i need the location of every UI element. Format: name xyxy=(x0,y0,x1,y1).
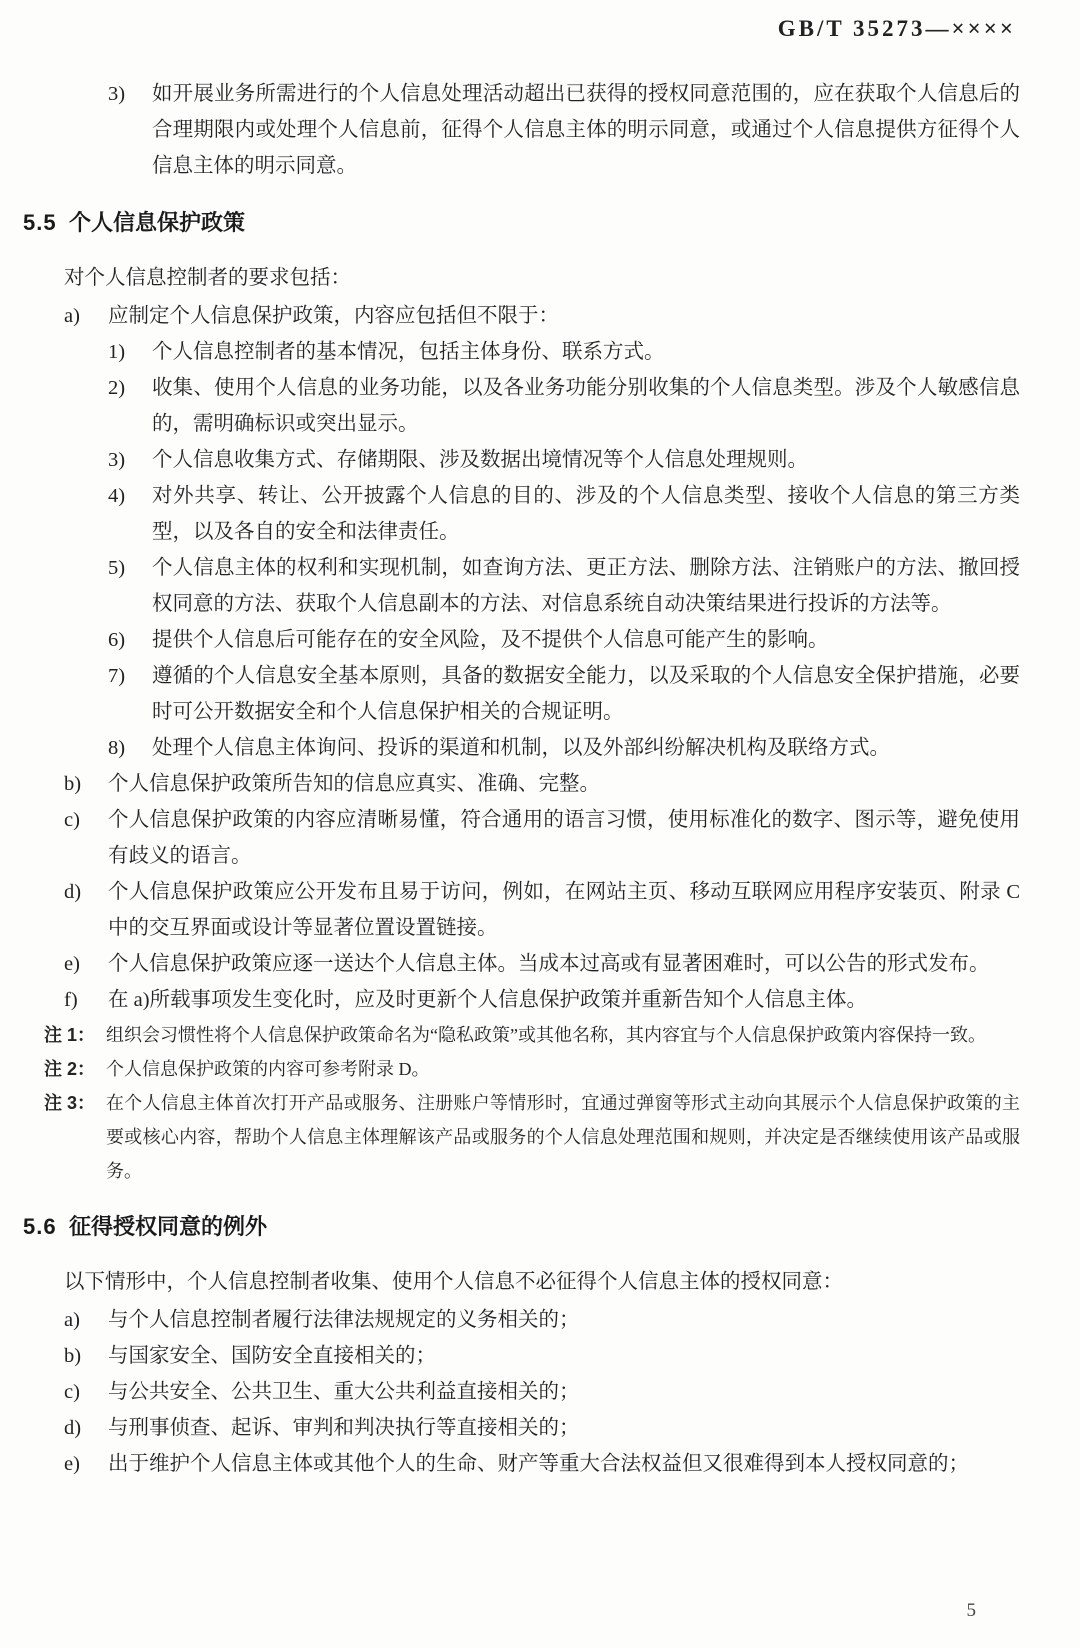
block-text: 与公共安全、公共卫生、重大公共利益直接相关的； xyxy=(108,1374,1020,1410)
block-text: 处理个人信息主体询问、投诉的渠道和机制，以及外部纠纷解决机构及联络方式。 xyxy=(152,730,1020,766)
list-marker: a) xyxy=(64,1302,108,1338)
block-text: 与个人信息控制者履行法律法规规定的义务相关的； xyxy=(108,1302,1020,1338)
block-text: 出于维护个人信息主体或其他个人的生命、财产等重大合法权益但又很难得到本人授权同意… xyxy=(108,1446,1020,1482)
list-marker: b) xyxy=(64,1338,108,1374)
lettered-clause-item: a)应制定个人信息保护政策，内容应包括但不限于： xyxy=(64,298,1020,334)
paragraph: 以下情形中，个人信息控制者收集、使用个人信息不必征得个人信息主体的授权同意： xyxy=(64,1264,1020,1300)
page-number: 5 xyxy=(967,1600,977,1622)
lettered-clause-item: d)与刑事侦查、起诉、审判和判决执行等直接相关的； xyxy=(64,1410,1020,1446)
list-marker: d) xyxy=(64,1410,108,1446)
block-text: 遵循的个人信息安全基本原则，具备的数据安全能力，以及采取的个人信息安全保护措施，… xyxy=(152,658,1020,730)
section-number: 5.5 xyxy=(23,208,69,238)
list-marker: 4) xyxy=(108,478,152,514)
block-text: 对个人信息控制者的要求包括： xyxy=(64,260,1020,296)
section-heading: 5.6征得授权同意的例外 xyxy=(23,1212,1020,1242)
block-text: 收集、使用个人信息的业务功能，以及各业务功能分别收集的个人信息类型。涉及个人敏感… xyxy=(152,370,1020,442)
block-text: 个人信息保护政策的内容可参考附录 D。 xyxy=(106,1052,1020,1086)
block-text: 个人信息保护政策的内容应清晰易懂，符合通用的语言习惯，使用标准化的数字、图示等，… xyxy=(108,802,1020,874)
block-text: 提供个人信息后可能存在的安全风险，及不提供个人信息可能产生的影响。 xyxy=(152,622,1020,658)
block-text: 在 a)所载事项发生变化时，应及时更新个人信息保护政策并重新告知个人信息主体。 xyxy=(108,982,1020,1018)
lettered-clause-item: e)个人信息保护政策应逐一送达个人信息主体。当成本过高或有显著困难时，可以公告的… xyxy=(64,946,1020,982)
list-marker: 5) xyxy=(108,550,152,586)
numbered-clause-item: 2)收集、使用个人信息的业务功能，以及各业务功能分别收集的个人信息类型。涉及个人… xyxy=(108,370,1020,442)
block-text: 个人信息主体的权利和实现机制，如查询方法、更正方法、删除方法、注销账户的方法、撤… xyxy=(152,550,1020,622)
section-title: 个人信息保护政策 xyxy=(69,208,1020,238)
lettered-clause-item: f)在 a)所载事项发生变化时，应及时更新个人信息保护政策并重新告知个人信息主体… xyxy=(64,982,1020,1018)
block-text: 与国家安全、国防安全直接相关的； xyxy=(108,1338,1020,1374)
list-marker: 2) xyxy=(108,370,152,406)
numbered-clause-item: 3)如开展业务所需进行的个人信息处理活动超出已获得的授权同意范围的，应在获取个人… xyxy=(108,76,1020,184)
block-text: 以下情形中，个人信息控制者收集、使用个人信息不必征得个人信息主体的授权同意： xyxy=(64,1264,1020,1300)
list-marker: b) xyxy=(64,766,108,802)
list-marker: 3) xyxy=(108,442,152,478)
note-label: 注 1： xyxy=(44,1018,106,1052)
document-body: 3)如开展业务所需进行的个人信息处理活动超出已获得的授权同意范围的，应在获取个人… xyxy=(64,76,1020,1482)
lettered-clause-item: e)出于维护个人信息主体或其他个人的生命、财产等重大合法权益但又很难得到本人授权… xyxy=(64,1446,1020,1482)
note: 注 2：个人信息保护政策的内容可参考附录 D。 xyxy=(44,1052,1020,1086)
list-marker: f) xyxy=(64,982,108,1018)
block-text: 对外共享、转让、公开披露个人信息的目的、涉及的个人信息类型、接收个人信息的第三方… xyxy=(152,478,1020,550)
note: 注 1：组织会习惯性将个人信息保护政策命名为“隐私政策”或其他名称，其内容宜与个… xyxy=(44,1018,1020,1052)
lettered-clause-item: d)个人信息保护政策应公开发布且易于访问，例如，在网站主页、移动互联网应用程序安… xyxy=(64,874,1020,946)
list-marker: 6) xyxy=(108,622,152,658)
list-marker: 8) xyxy=(108,730,152,766)
list-marker: 1) xyxy=(108,334,152,370)
numbered-clause-item: 3)个人信息收集方式、存储期限、涉及数据出境情况等个人信息处理规则。 xyxy=(108,442,1020,478)
document-page: GB/T 35273—×××× 3)如开展业务所需进行的个人信息处理活动超出已获… xyxy=(0,0,1080,1648)
block-text: 与刑事侦查、起诉、审判和判决执行等直接相关的； xyxy=(108,1410,1020,1446)
block-text: 个人信息控制者的基本情况，包括主体身份、联系方式。 xyxy=(152,334,1020,370)
paragraph: 对个人信息控制者的要求包括： xyxy=(64,260,1020,296)
lettered-clause-item: b)与国家安全、国防安全直接相关的； xyxy=(64,1338,1020,1374)
note-label: 注 2： xyxy=(44,1052,106,1086)
block-text: 个人信息保护政策所告知的信息应真实、准确、完整。 xyxy=(108,766,1020,802)
list-marker: c) xyxy=(64,802,108,838)
list-marker: e) xyxy=(64,1446,108,1482)
block-text: 组织会习惯性将个人信息保护政策命名为“隐私政策”或其他名称，其内容宜与个人信息保… xyxy=(106,1018,1020,1052)
lettered-clause-item: b)个人信息保护政策所告知的信息应真实、准确、完整。 xyxy=(64,766,1020,802)
numbered-clause-item: 6)提供个人信息后可能存在的安全风险，及不提供个人信息可能产生的影响。 xyxy=(108,622,1020,658)
list-marker: a) xyxy=(64,298,108,334)
section-heading: 5.5个人信息保护政策 xyxy=(23,208,1020,238)
block-text: 个人信息收集方式、存储期限、涉及数据出境情况等个人信息处理规则。 xyxy=(152,442,1020,478)
list-marker: 3) xyxy=(108,76,152,112)
section-title: 征得授权同意的例外 xyxy=(69,1212,1020,1242)
list-marker: c) xyxy=(64,1374,108,1410)
lettered-clause-item: c)与公共安全、公共卫生、重大公共利益直接相关的； xyxy=(64,1374,1020,1410)
block-text: 个人信息保护政策应公开发布且易于访问，例如，在网站主页、移动互联网应用程序安装页… xyxy=(108,874,1020,946)
list-marker: 7) xyxy=(108,658,152,694)
list-marker: d) xyxy=(64,874,108,910)
block-text: 如开展业务所需进行的个人信息处理活动超出已获得的授权同意范围的，应在获取个人信息… xyxy=(152,76,1020,184)
numbered-clause-item: 7)遵循的个人信息安全基本原则，具备的数据安全能力，以及采取的个人信息安全保护措… xyxy=(108,658,1020,730)
standard-number-header: GB/T 35273—×××× xyxy=(0,16,1016,42)
numbered-clause-item: 1)个人信息控制者的基本情况，包括主体身份、联系方式。 xyxy=(108,334,1020,370)
numbered-clause-item: 5)个人信息主体的权利和实现机制，如查询方法、更正方法、删除方法、注销账户的方法… xyxy=(108,550,1020,622)
note-label: 注 3： xyxy=(44,1086,106,1120)
numbered-clause-item: 4)对外共享、转让、公开披露个人信息的目的、涉及的个人信息类型、接收个人信息的第… xyxy=(108,478,1020,550)
section-number: 5.6 xyxy=(23,1212,69,1242)
lettered-clause-item: c)个人信息保护政策的内容应清晰易懂，符合通用的语言习惯，使用标准化的数字、图示… xyxy=(64,802,1020,874)
block-text: 个人信息保护政策应逐一送达个人信息主体。当成本过高或有显著困难时，可以公告的形式… xyxy=(108,946,1020,982)
list-marker: e) xyxy=(64,946,108,982)
lettered-clause-item: a)与个人信息控制者履行法律法规规定的义务相关的； xyxy=(64,1302,1020,1338)
note: 注 3：在个人信息主体首次打开产品或服务、注册账户等情形时，宜通过弹窗等形式主动… xyxy=(44,1086,1020,1188)
block-text: 应制定个人信息保护政策，内容应包括但不限于： xyxy=(108,298,1020,334)
block-text: 在个人信息主体首次打开产品或服务、注册账户等情形时，宜通过弹窗等形式主动向其展示… xyxy=(106,1086,1020,1188)
numbered-clause-item: 8)处理个人信息主体询问、投诉的渠道和机制，以及外部纠纷解决机构及联络方式。 xyxy=(108,730,1020,766)
